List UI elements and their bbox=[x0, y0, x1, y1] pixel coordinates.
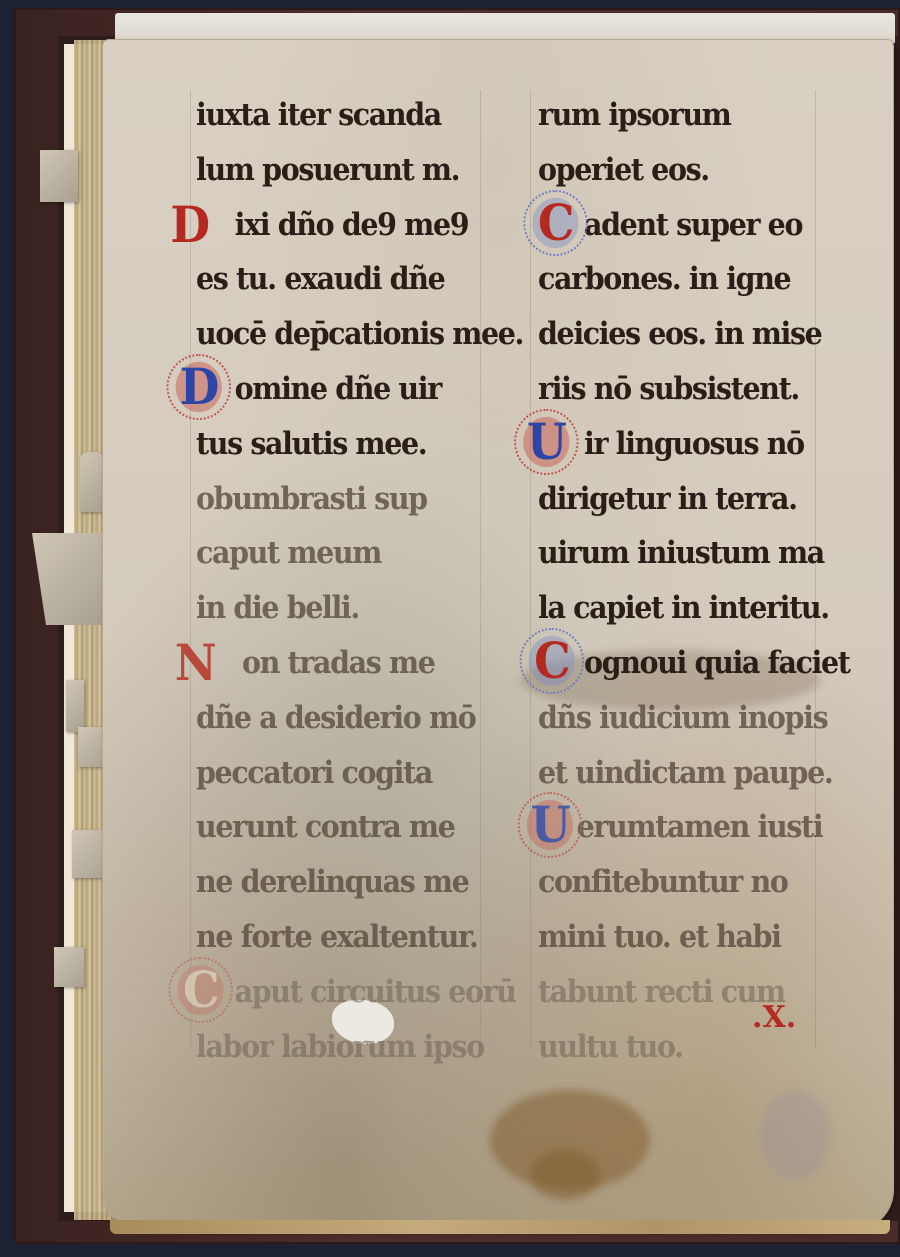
text-line: confitebuntur no bbox=[538, 855, 805, 910]
text-line: C aput circuitus eorū bbox=[196, 965, 463, 1020]
text-line: tus salutis mee. bbox=[196, 417, 463, 472]
text-line: U ir linguosus nō bbox=[538, 417, 805, 472]
initial-d-decorated: D bbox=[172, 360, 225, 414]
text-line: rum ipsorum bbox=[538, 88, 805, 143]
text-line: deicies eos. in mise bbox=[538, 307, 805, 362]
text-line: ne derelinquas me bbox=[196, 855, 463, 910]
text-line: dirigetur in terra. bbox=[538, 472, 805, 527]
rubric-numeral: .X. bbox=[752, 1000, 796, 1035]
text-line: obumbrasti sup bbox=[196, 472, 463, 527]
text-line: uirum iniustum ma bbox=[538, 526, 805, 581]
text-line: es tu. exaudi dñe bbox=[196, 252, 463, 307]
text-line: ne forte exaltentur. bbox=[196, 910, 463, 965]
initial-c-blue-flourish: C bbox=[525, 634, 578, 688]
text-line: dñs iudicium inopis bbox=[538, 691, 805, 746]
text-line: mini tuo. et habi bbox=[538, 910, 805, 965]
text-line: D ixi dño de9 me9 bbox=[196, 198, 463, 253]
text-line: carbones. in igne bbox=[538, 252, 805, 307]
text-line: C ognoui quia faciet bbox=[538, 636, 805, 691]
text-line: peccatori cogita bbox=[196, 746, 463, 801]
text-line: iuxta iter scanda bbox=[196, 88, 463, 143]
leaf-bottom-edge bbox=[110, 1220, 890, 1234]
text-line: C adent super eo bbox=[538, 198, 805, 253]
top-flyleaf-edge bbox=[115, 13, 895, 43]
text-line: D omine dñe uir bbox=[196, 362, 463, 417]
initial-u-decorated: U bbox=[523, 798, 576, 852]
text-line: N on tradas me bbox=[196, 636, 463, 691]
guard-tab bbox=[40, 150, 78, 202]
text-line: dñe a desiderio mō bbox=[196, 691, 463, 746]
guard-tab bbox=[66, 680, 84, 732]
text-line: labor labiorum ipso bbox=[196, 1020, 463, 1075]
left-text-column: iuxta iter scanda lum posuerunt m. D ixi… bbox=[196, 88, 486, 1074]
guard-tab bbox=[80, 452, 104, 512]
text-line: U erumtamen iusti bbox=[538, 800, 805, 855]
initial-u-decorated: U bbox=[520, 415, 573, 469]
water-stain bbox=[760, 1090, 830, 1180]
text-line: la capiet in interitu. bbox=[538, 581, 805, 636]
text-line: caput meum bbox=[196, 526, 463, 581]
initial-c-blue-flourish: C bbox=[529, 196, 582, 250]
text-line: riis nō subsistent. bbox=[538, 362, 805, 417]
guard-tab bbox=[54, 947, 84, 987]
initial-n-red: N bbox=[168, 636, 221, 690]
text-line: in die belli. bbox=[196, 581, 463, 636]
initial-c-decorated: C bbox=[174, 963, 227, 1017]
text-line: lum posuerunt m. bbox=[196, 143, 463, 198]
text-line: et uindictam paupe. bbox=[538, 746, 805, 801]
right-text-column: rum ipsorum operiet eos. C adent super e… bbox=[538, 88, 828, 1074]
water-stain bbox=[530, 1150, 600, 1200]
text-line: operiet eos. bbox=[538, 143, 805, 198]
initial-d-red: D bbox=[163, 198, 216, 252]
text-line: uocē dep̄cationis mee. bbox=[196, 307, 463, 362]
text-line: uerunt contra me bbox=[196, 800, 463, 855]
